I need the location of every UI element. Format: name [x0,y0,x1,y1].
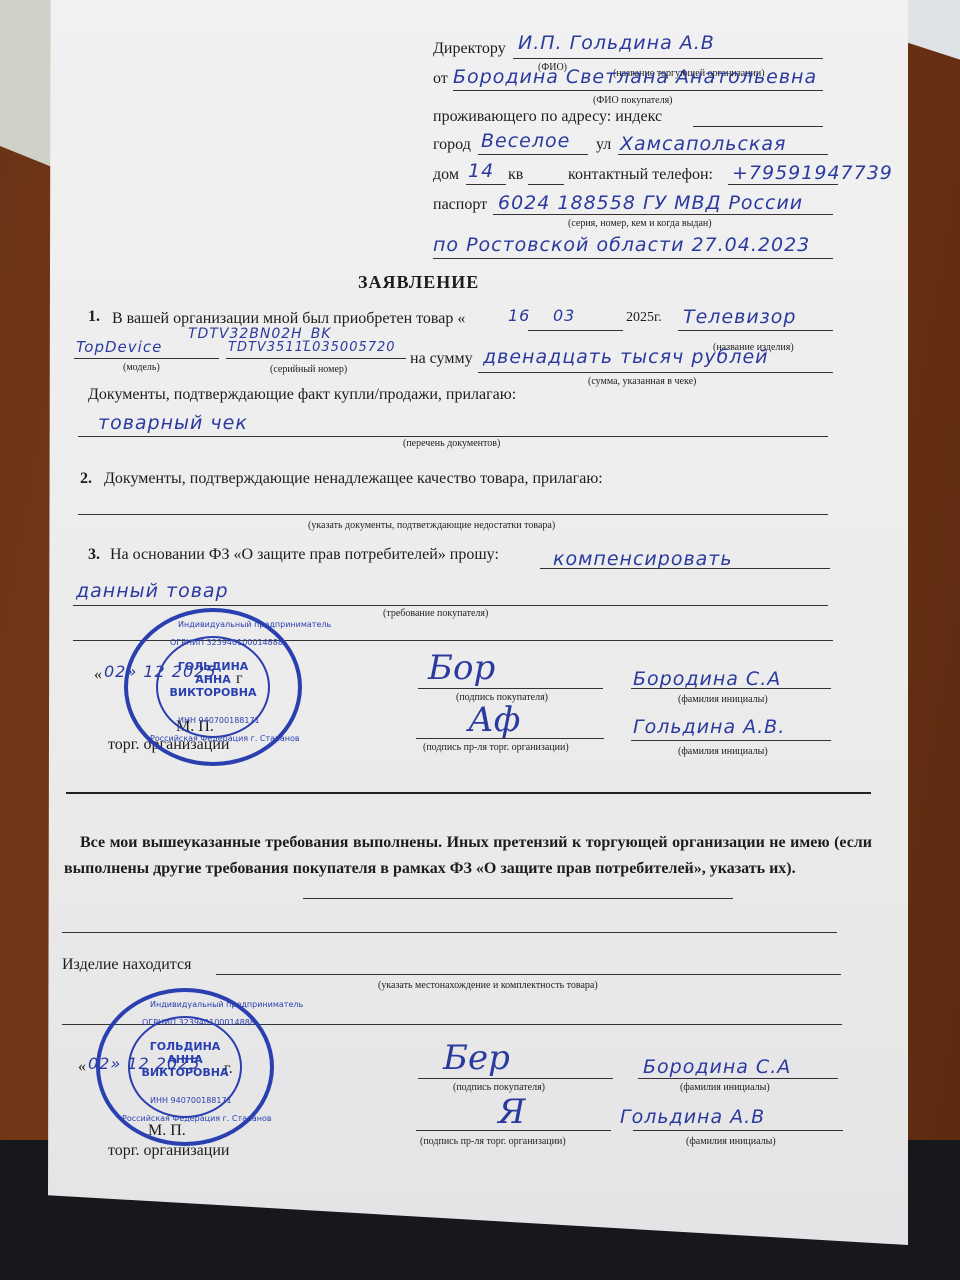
section2-text: Документы, подтверждающие ненадлежащее к… [104,470,603,488]
date2-prefix: « [78,1058,86,1076]
phone-value: +79591947739 [732,162,893,184]
section2-number: 2. [80,470,92,488]
from-hint: (ФИО покупателя) [593,95,673,106]
from-value: Бородина Светлана Анатольевна [453,66,817,88]
docs-value: товарный чек [98,412,248,434]
buyer-signature-1: Бор [428,648,495,688]
serial-hint: (серийный номер) [270,364,347,375]
section3-value-line2: данный товар [76,580,229,602]
company-stamp-2: Индивидуальный предприниматель ОГРНИП 32… [96,988,274,1146]
buyer-name-2: Бородина С.А [643,1056,791,1078]
sum-label: на сумму [410,350,473,368]
phone-label: контактный телефон: [568,166,713,184]
purchase-month: 03 [553,306,575,325]
product-name: Телевизор [683,306,796,328]
docs-hint: (перечень документов) [403,438,500,449]
seller-name-2: Гольдина А.В [620,1106,765,1128]
location-hint: (указать местонахождение и комплектность… [378,980,598,991]
sum-value: двенадцать тысяч рублей [483,346,769,368]
model-hint: (модель) [123,362,160,373]
seller-name-1: Гольдина А.В. [633,716,785,738]
date1-prefix: « [94,666,102,684]
sum-hint: (сумма, указанная в чеке) [588,376,696,387]
docs-label: Документы, подтверждающие факт купли/про… [88,386,516,404]
model-value: TopDevice [76,338,162,356]
seller-signature-1: Аф [468,700,520,740]
location-label: Изделие находится [62,956,191,974]
closing-text: Все мои вышеуказанные требования выполне… [64,830,872,882]
from-label: от [433,70,448,88]
director-label: Директору [433,40,506,58]
section1-number: 1. [88,308,100,326]
passport-label: паспорт [433,196,487,214]
section3-number: 3. [88,546,100,564]
address-label: проживающего по адресу: индекс [433,108,662,126]
section3-value-line1: компенсировать [553,548,733,570]
city-value: Веселое [481,130,570,152]
purchase-day: 16 [508,306,530,325]
buyer-name-hint-1: (фамилия инициалы) [678,694,768,705]
director-value: И.П. Гольдина А.В [518,32,715,54]
apt-label: кв [508,166,523,184]
purchase-year: 2025г. [626,310,662,326]
seller-sign-hint-2: (подпись пр-ля торг. организации) [420,1136,566,1147]
street-label: ул [596,136,611,154]
house-label: дом [433,166,459,184]
passport-value-line2: по Ростовской области 27.04.2023 [433,234,810,256]
seller-name-hint-1: (фамилия инициалы) [678,746,768,757]
house-value: 14 [468,160,494,182]
company-stamp-1: Индивидуальный предприниматель ОГРНИП 32… [124,608,302,766]
city-label: город [433,136,471,154]
buyer-name-hint-2: (фамилия инициалы) [680,1082,770,1093]
page-title: ЗАЯВЛЕНИЕ [358,272,479,293]
serial-value: TDTV3511L035005720 [228,340,396,355]
seller-name-hint-2: (фамилия инициалы) [686,1136,776,1147]
buyer-signature-2: Бер [443,1038,510,1078]
seller-sign-hint-1: (подпись пр-ля торг. организации) [423,742,569,753]
passport-hint: (серия, номер, кем и когда выдан) [568,218,712,229]
street-value: Хамсапольская [620,133,786,155]
buyer-name-1: Бородина С.А [633,668,781,690]
section3-text: На основании ФЗ «О защите прав потребите… [110,546,499,564]
passport-value: 6024 188558 ГУ МВД России [498,192,803,214]
section3-hint: (требование покупателя) [383,608,488,619]
section2-hint: (указать документы, подтветждающие недос… [308,520,555,531]
application-form: Директору И.П. Гольдина А.В (ФИО) (назва… [48,0,908,1245]
seller-signature-2: Я [498,1092,525,1132]
